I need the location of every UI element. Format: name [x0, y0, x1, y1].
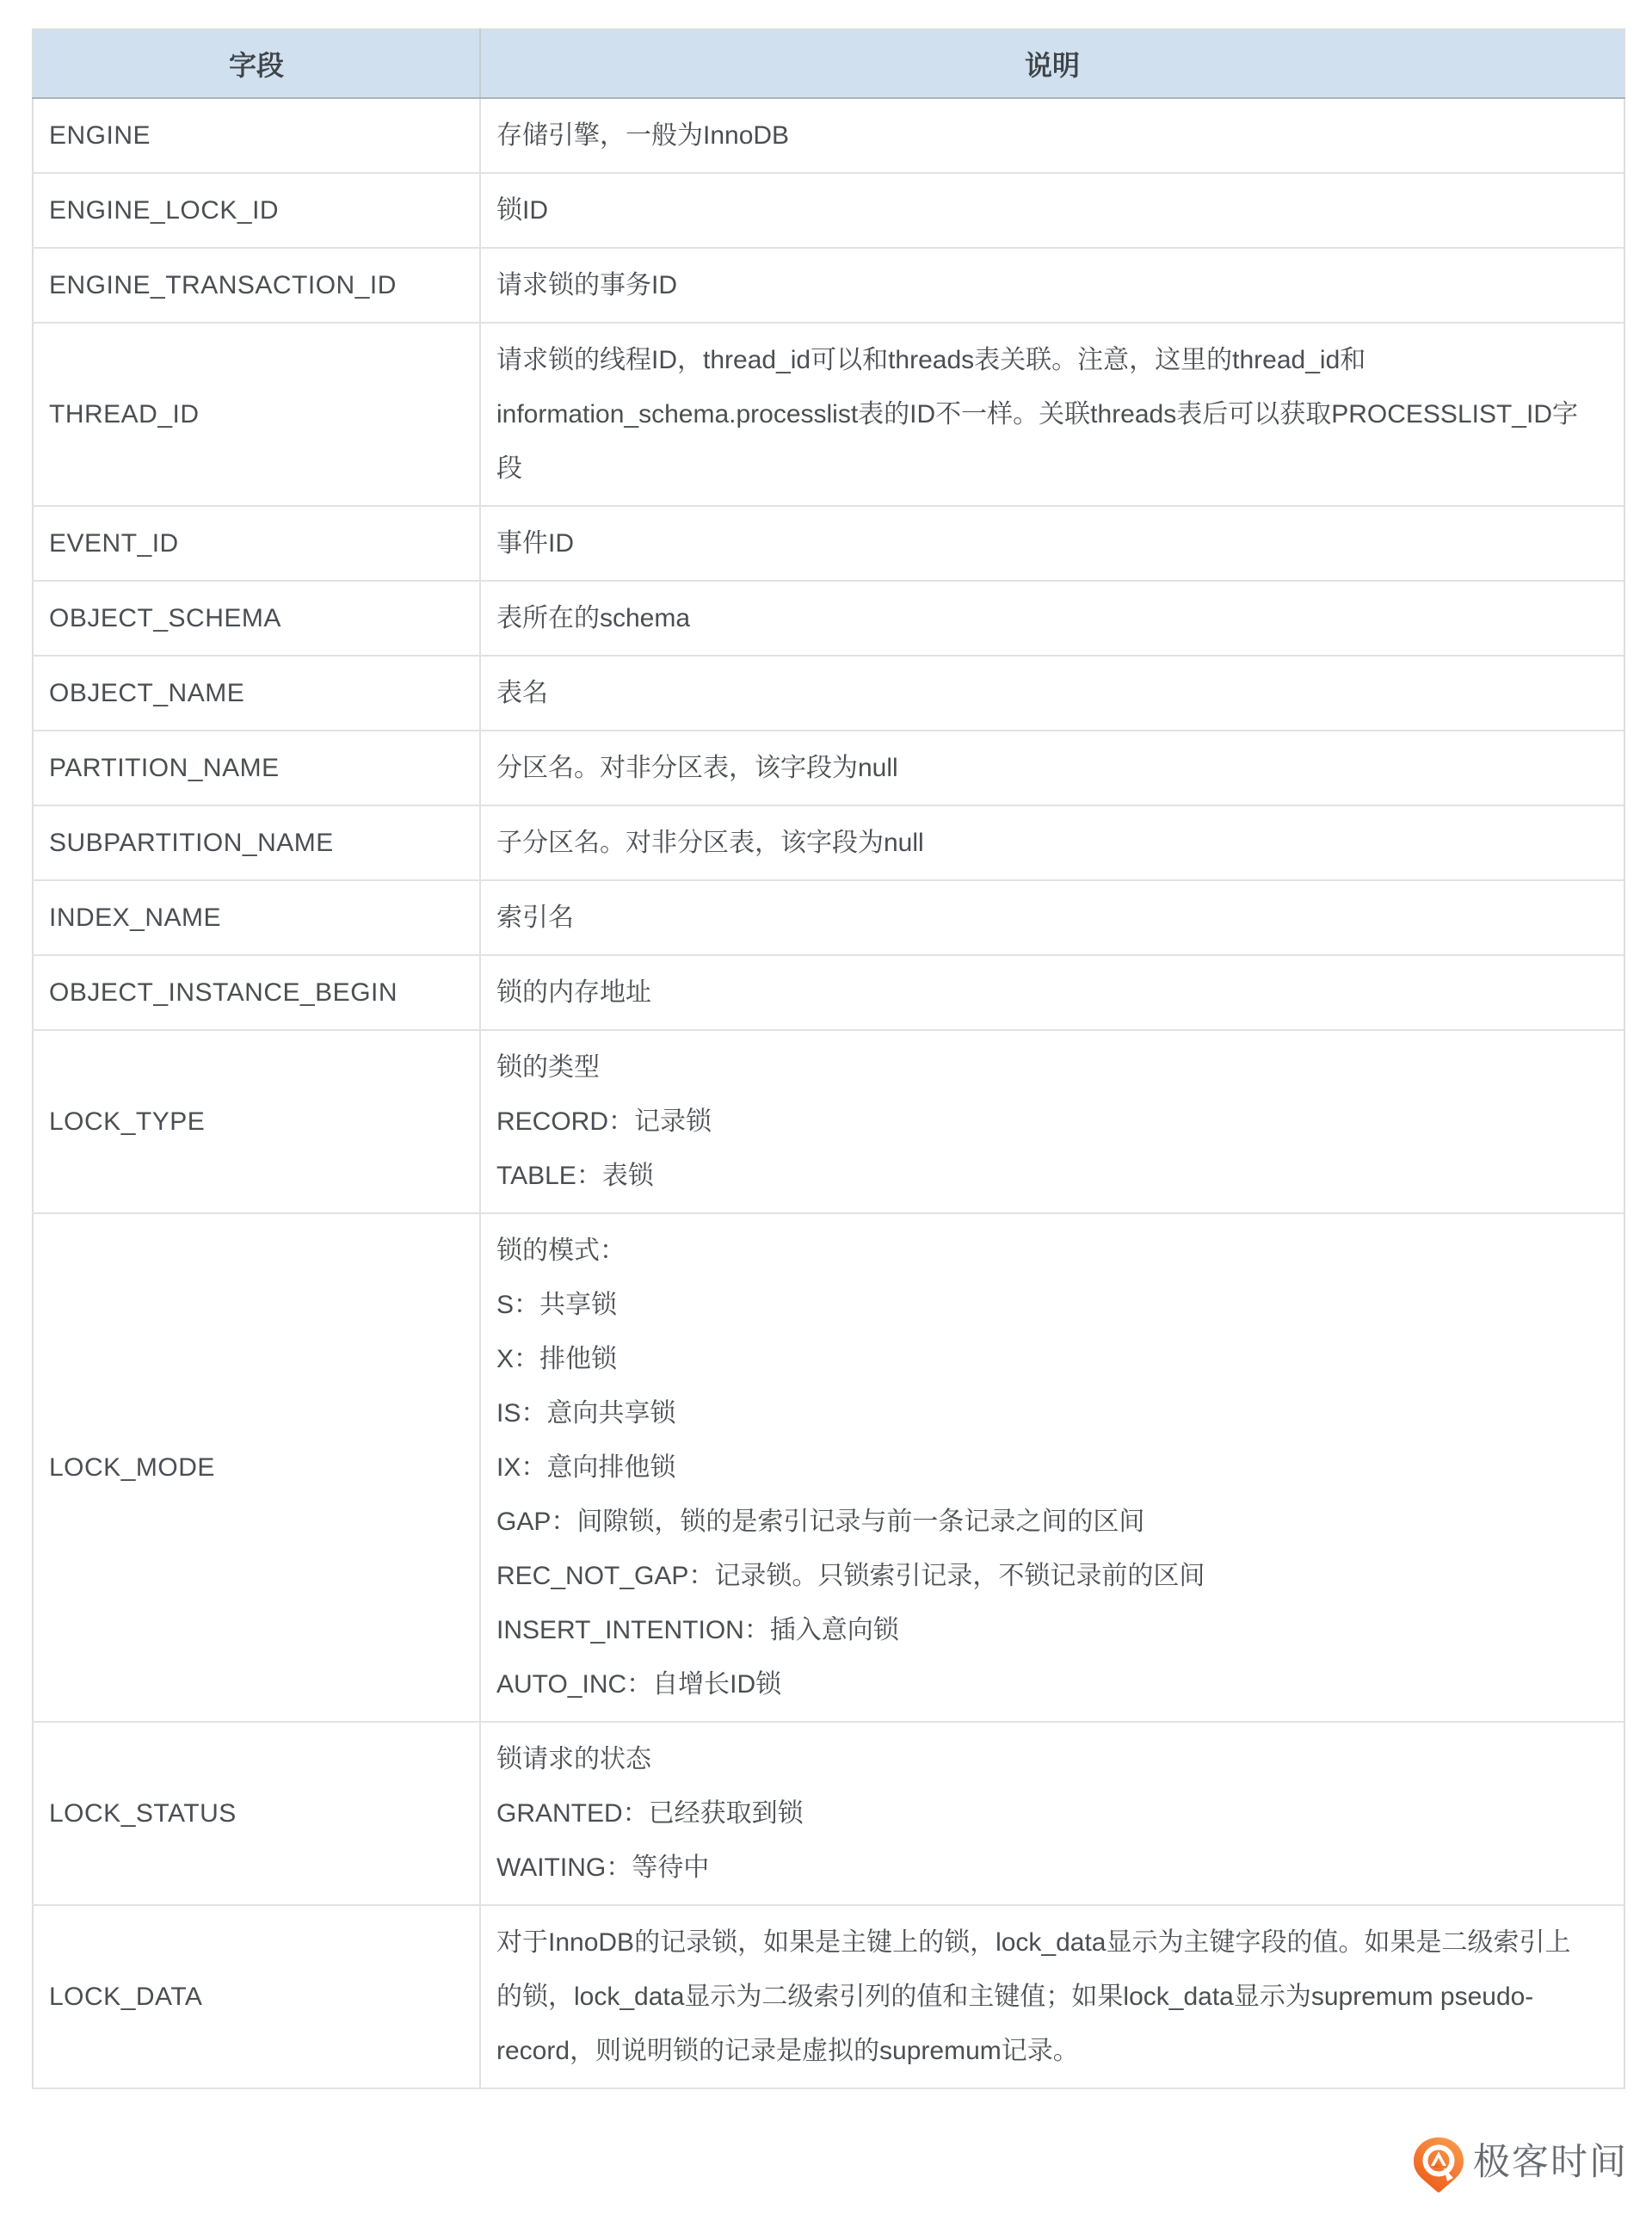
field-description: 表所在的schema — [480, 581, 1624, 656]
field-description: 锁的内存地址 — [480, 955, 1624, 1030]
field-description: 分区名。对非分区表，该字段为null — [480, 731, 1624, 805]
table-row: ENGINE存储引擎，一般为InnoDB — [33, 98, 1624, 173]
field-name: LOCK_STATUS — [33, 1722, 480, 1905]
field-column-header: 字段 — [33, 29, 480, 98]
table-row: OBJECT_NAME表名 — [33, 656, 1624, 731]
field-description: 索引名 — [480, 880, 1624, 955]
description-column-header: 说明 — [480, 29, 1624, 98]
table-row: LOCK_DATA对于InnoDB的记录锁，如果是主键上的锁，lock_data… — [33, 1905, 1624, 2088]
table-row: PARTITION_NAME分区名。对非分区表，该字段为null — [33, 731, 1624, 805]
field-description: 对于InnoDB的记录锁，如果是主键上的锁，lock_data显示为主键字段的值… — [480, 1905, 1624, 2088]
table-row: INDEX_NAME索引名 — [33, 880, 1624, 955]
field-name: OBJECT_NAME — [33, 656, 480, 731]
field-description: 请求锁的线程ID，thread_id可以和threads表关联。注意，这里的th… — [480, 323, 1624, 506]
table-row: OBJECT_SCHEMA表所在的schema — [33, 581, 1624, 656]
field-table-container: 字段 说明 ENGINE存储引擎，一般为InnoDBENGINE_LOCK_ID… — [32, 28, 1624, 2089]
field-name: SUBPARTITION_NAME — [33, 805, 480, 880]
table-row: ENGINE_LOCK_ID锁ID — [33, 173, 1624, 248]
geektime-logo-text: 极客时间 — [1473, 2144, 1628, 2186]
table-row: ENGINE_TRANSACTION_ID请求锁的事务ID — [33, 248, 1624, 323]
geektime-watermark: 极客时间 — [1413, 2137, 1628, 2193]
fields-table: 字段 说明 ENGINE存储引擎，一般为InnoDBENGINE_LOCK_ID… — [32, 28, 1625, 2089]
header-row: 字段 说明 — [33, 29, 1624, 98]
field-name: ENGINE — [33, 98, 480, 173]
field-description: 存储引擎，一般为InnoDB — [480, 98, 1624, 173]
field-description: 锁的类型 RECORD：记录锁 TABLE：表锁 — [480, 1030, 1624, 1213]
field-name: LOCK_MODE — [33, 1213, 480, 1722]
field-description: 锁ID — [480, 173, 1624, 248]
table-row: THREAD_ID请求锁的线程ID，thread_id可以和threads表关联… — [33, 323, 1624, 506]
field-name: LOCK_DATA — [33, 1905, 480, 2088]
field-name: PARTITION_NAME — [33, 731, 480, 805]
table-row: LOCK_TYPE锁的类型 RECORD：记录锁 TABLE：表锁 — [33, 1030, 1624, 1213]
field-name: LOCK_TYPE — [33, 1030, 480, 1213]
page: { "table": { "header_bg": "#d0e0ef", "bo… — [0, 0, 1652, 2214]
field-description: 锁请求的状态 GRANTED：已经获取到锁 WAITING：等待中 — [480, 1722, 1624, 1905]
table-row: SUBPARTITION_NAME子分区名。对非分区表，该字段为null — [33, 805, 1624, 880]
field-name: ENGINE_LOCK_ID — [33, 173, 480, 248]
table-row: LOCK_STATUS锁请求的状态 GRANTED：已经获取到锁 WAITING… — [33, 1722, 1624, 1905]
field-name: INDEX_NAME — [33, 880, 480, 955]
field-name: OBJECT_INSTANCE_BEGIN — [33, 955, 480, 1030]
field-description: 子分区名。对非分区表，该字段为null — [480, 805, 1624, 880]
table-row: LOCK_MODE锁的模式： S：共享锁 X：排他锁 IS：意向共享锁 IX：意… — [33, 1213, 1624, 1722]
field-description: 事件ID — [480, 506, 1624, 581]
table-row: EVENT_ID事件ID — [33, 506, 1624, 581]
field-name: EVENT_ID — [33, 506, 480, 581]
field-description: 锁的模式： S：共享锁 X：排他锁 IS：意向共享锁 IX：意向排他锁 GAP：… — [480, 1213, 1624, 1722]
field-name: THREAD_ID — [33, 323, 480, 506]
field-description: 请求锁的事务ID — [480, 248, 1624, 323]
table-row: OBJECT_INSTANCE_BEGIN锁的内存地址 — [33, 955, 1624, 1030]
field-description: 表名 — [480, 656, 1624, 731]
geektime-logo-icon — [1413, 2137, 1464, 2193]
field-name: OBJECT_SCHEMA — [33, 581, 480, 656]
field-name: ENGINE_TRANSACTION_ID — [33, 248, 480, 323]
